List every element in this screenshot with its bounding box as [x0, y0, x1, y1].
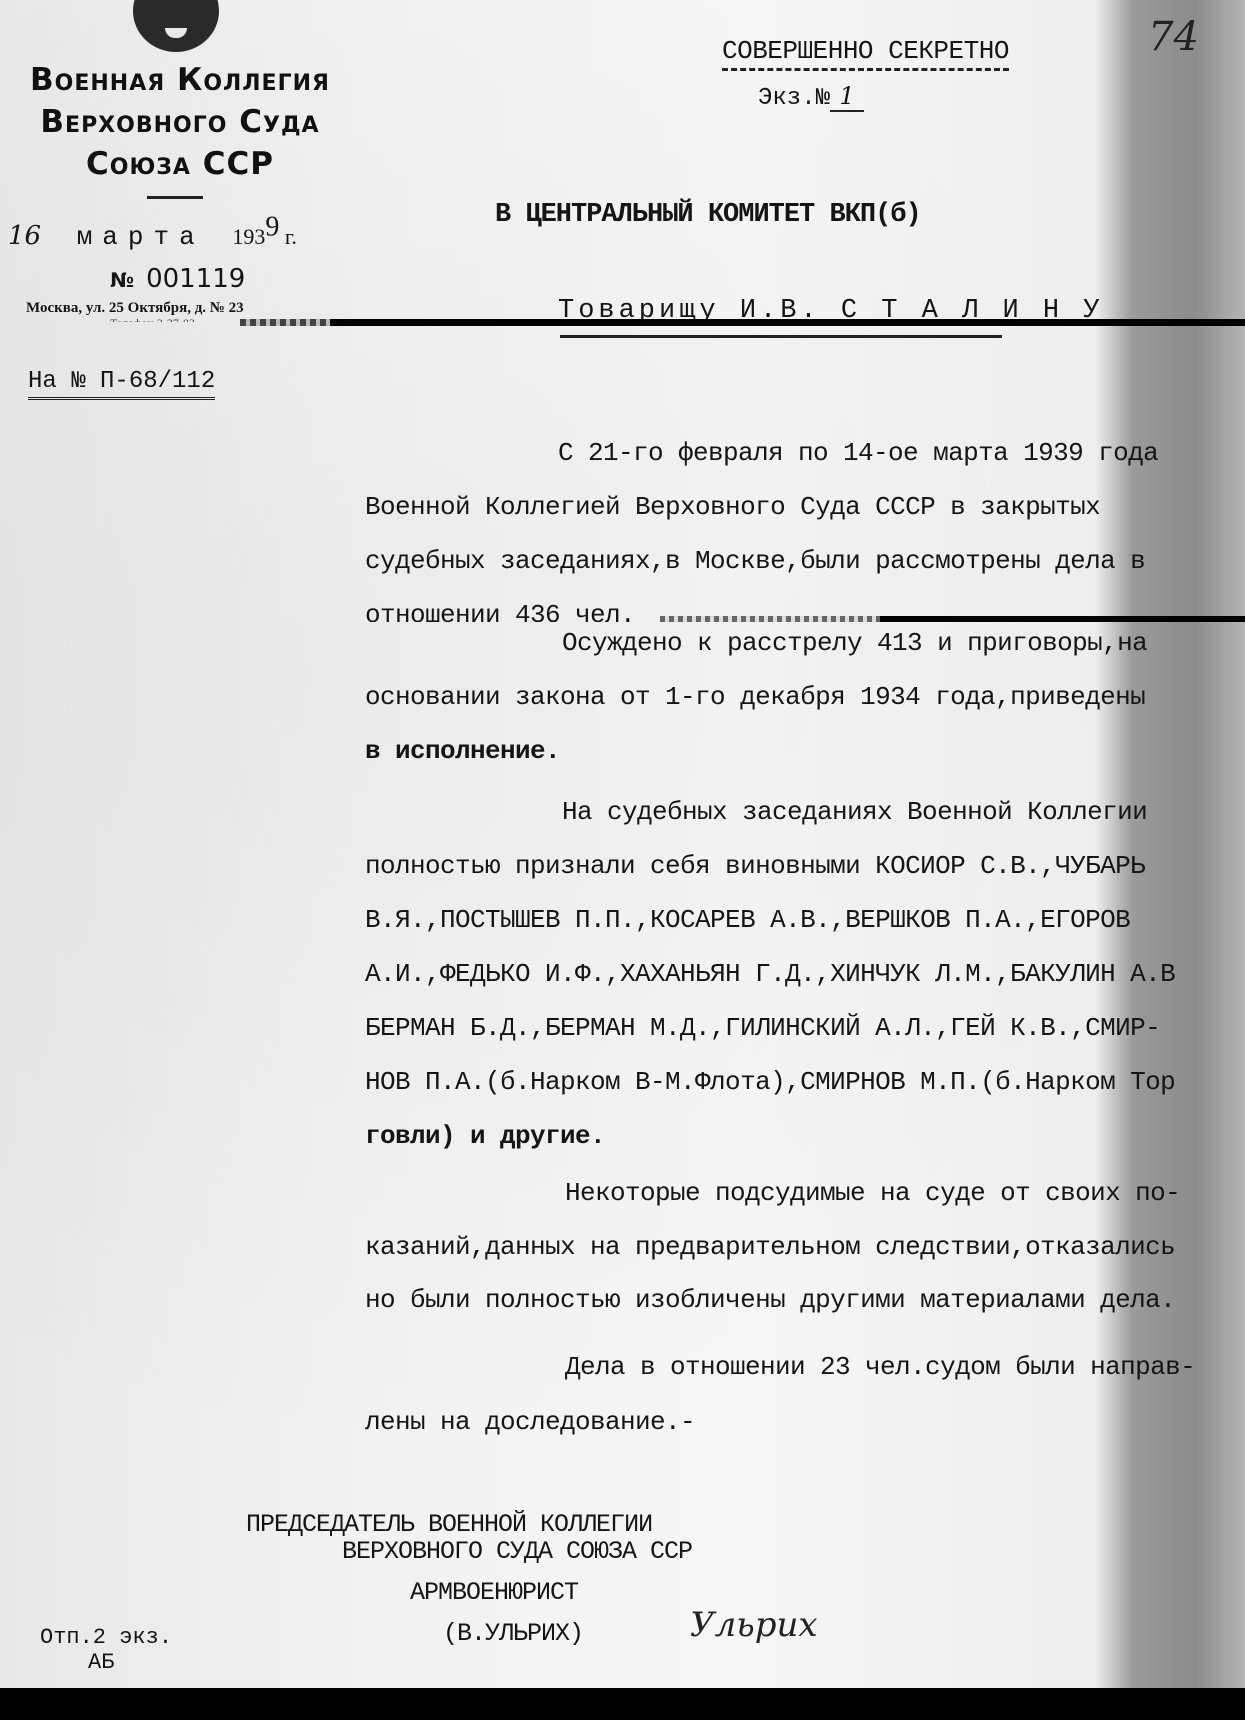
body-line: говли) и другие.: [365, 1121, 605, 1151]
classification-stamp: СОВЕРШЕННО СЕКРЕТНО: [722, 36, 1009, 71]
scan-bottom-border: [0, 1688, 1245, 1720]
outgoing-number: №001119: [110, 264, 245, 294]
salutation-underline: [560, 335, 1002, 338]
scan-artifact: [240, 319, 330, 326]
number-value: 001119: [146, 264, 245, 294]
copy-value: 1: [830, 82, 864, 112]
body-line: НОВ П.А.(б.Нарком В-М.Флота),СМИРНОВ М.П…: [365, 1067, 1175, 1097]
letterhead-divider: [147, 196, 203, 199]
body-line: Военной Коллегией Верховного Суда СССР в…: [365, 492, 1100, 522]
body-line: С 21-го февраля по 14-ое марта 1939 года: [558, 438, 1158, 468]
date-month: марта: [77, 222, 205, 252]
body-line: отношении 436 чел.: [365, 600, 635, 622]
letterhead-org-line3: Союза ССР: [0, 146, 360, 182]
body-line: Осуждено к расстрелу 413 и приговоры,на: [562, 628, 1147, 658]
salutation: Товарищу И.В. С Т А Л И Н У: [558, 296, 1103, 320]
document-page: Военная Коллегия Верховного Суда Союза С…: [0, 0, 1245, 1688]
body-line: лены на доследование.-: [365, 1407, 695, 1437]
body-line: На судебных заседаниях Военной Коллегии: [562, 797, 1147, 827]
letterhead-date: 16 марта 1939 г.: [0, 212, 370, 252]
typist-initials: АБ: [88, 1650, 114, 1675]
handwritten-signature: Ульрих: [690, 1605, 818, 1645]
copy-number: Экз.№1: [758, 82, 864, 112]
addressee: В ЦЕНТРАЛЬНЫЙ КОМИТЕТ ВКП(б): [495, 200, 921, 230]
scan-artifact: [880, 616, 1245, 622]
date-year-prefix: 193: [232, 224, 265, 249]
body-line: А.И.,ФЕДЬКО И.Ф.,ХАХАНЬЯН Г.Д.,ХИНЧУК Л.…: [365, 959, 1175, 989]
body-line: но были полностью изобличены другими мат…: [365, 1285, 1175, 1315]
date-year-unit: г.: [285, 224, 297, 249]
body-line: В.Я.,ПОСТЫШЕВ П.П.,КОСАРЕВ А.В.,ВЕРШКОВ …: [365, 905, 1130, 935]
signatory-title-line2: ВЕРХОВНОГО СУДА СОЮЗА ССР: [342, 1537, 692, 1566]
letterhead-phone: Телефон 2-27-03: [110, 316, 195, 322]
signatory-title-line1: ПРЕДСЕДАТЕЛЬ ВОЕННОЙ КОЛЛЕГИИ: [246, 1510, 652, 1539]
copies-note: Отп.2 экз.: [40, 1625, 172, 1650]
letterhead-org-line2: Верховного Суда: [0, 104, 360, 140]
body-line: судебных заседаниях,в Москве,были рассмо…: [365, 546, 1145, 576]
reference-number: На № П-68/112: [28, 368, 215, 400]
scan-artifact: [660, 616, 880, 622]
ussr-coat-of-arms-icon: [133, 0, 219, 52]
body-line: Дела в отношении 23 чел.судом были напра…: [565, 1352, 1195, 1382]
date-day: 16: [8, 221, 41, 251]
body-line: полностью признали себя виновными КОСИОР…: [365, 851, 1145, 881]
date-year: 1939 г.: [232, 224, 297, 249]
number-sign: №: [110, 268, 134, 292]
scan-artifact: [330, 319, 1245, 326]
letterhead-org-line1: Военная Коллегия: [0, 62, 360, 98]
body-line: БЕРМАН Б.Д.,БЕРМАН М.Д.,ГИЛИНСКИЙ А.Л.,Г…: [365, 1013, 1160, 1043]
signatory-rank: АРМВОЕНЮРИСТ: [410, 1578, 578, 1607]
body-line: в исполнение.: [365, 736, 560, 766]
body-line: основании закона от 1-го декабря 1934 го…: [365, 682, 1145, 712]
signatory-name: (В.УЛЬРИХ): [443, 1619, 583, 1648]
body-line: казаний,данных на предварительном следст…: [365, 1232, 1175, 1262]
date-year-suffix: 9: [265, 212, 279, 243]
letterhead-address: Москва, ул. 25 Октября, д. № 23: [26, 300, 244, 317]
copy-label: Экз.№: [758, 85, 830, 112]
body-line: Некоторые подсудимые на суде от своих по…: [565, 1178, 1180, 1208]
folio-number: 74: [1148, 14, 1199, 60]
